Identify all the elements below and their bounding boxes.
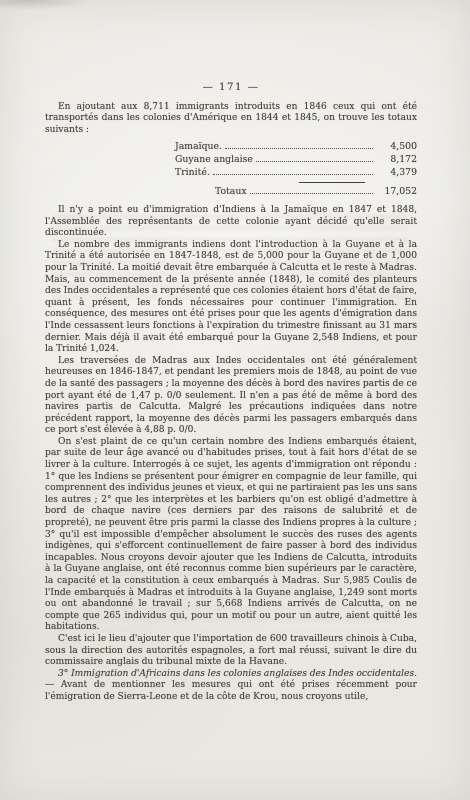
paragraph-agents-response: On s'est plaint de ce qu'un certain nomb… (45, 437, 417, 634)
row-label: Jamaïque. (175, 141, 222, 154)
row-value: 4,379 (377, 167, 417, 180)
row-value: 4,500 (377, 141, 417, 154)
row-value: 8,172 (377, 154, 417, 167)
paragraph-totals-intro: En ajoutant aux 8,711 immigrants introdu… (45, 102, 417, 137)
table-row: Guyane anglaise 8,172 (45, 154, 417, 167)
totals-label: Totaux (215, 186, 247, 199)
section-body-start: — Avant de mentionner les mesures qui on… (45, 680, 417, 702)
row-label: Trinité. (175, 167, 210, 180)
paragraph-chinese-cuba: C'est ici le lieu d'ajouter que l'import… (45, 634, 417, 669)
paragraph-african-immigration-section: 3° Immigration d'Africains dans les colo… (45, 669, 417, 704)
leader-dots (213, 174, 373, 175)
page-number: — 171 — (45, 82, 417, 94)
paragraph-authorized-numbers: Le nombre des immigrants indiens dont l'… (45, 240, 417, 356)
row-label: Guyane anglaise (175, 154, 253, 167)
leader-dots (256, 161, 373, 162)
totals-rule (299, 182, 365, 183)
leader-dots (250, 193, 373, 194)
scanned-book-page: — 171 — En ajoutant aux 8,711 immigrants… (0, 0, 470, 800)
table-row: Jamaïque. 4,500 (45, 141, 417, 154)
table-row: Trinité. 4,379 (45, 167, 417, 180)
totals-value: 17,052 (377, 186, 417, 199)
paragraph-jamaica-discontinued: Il n'y a point eu d'immigration d'Indien… (45, 205, 417, 240)
immigration-totals-table: Jamaïque. 4,500 Guyane anglaise 8,172 Tr… (45, 141, 417, 199)
leader-dots (225, 148, 373, 149)
totals-row: Totaux 17,052 (45, 186, 417, 199)
paragraph-madras-crossings: Les traversées de Madras aux Indes occid… (45, 356, 417, 437)
text-block: — 171 — En ajoutant aux 8,711 immigrants… (45, 82, 417, 704)
section-heading-italic: 3° Immigration d'Africains dans les colo… (58, 669, 417, 679)
